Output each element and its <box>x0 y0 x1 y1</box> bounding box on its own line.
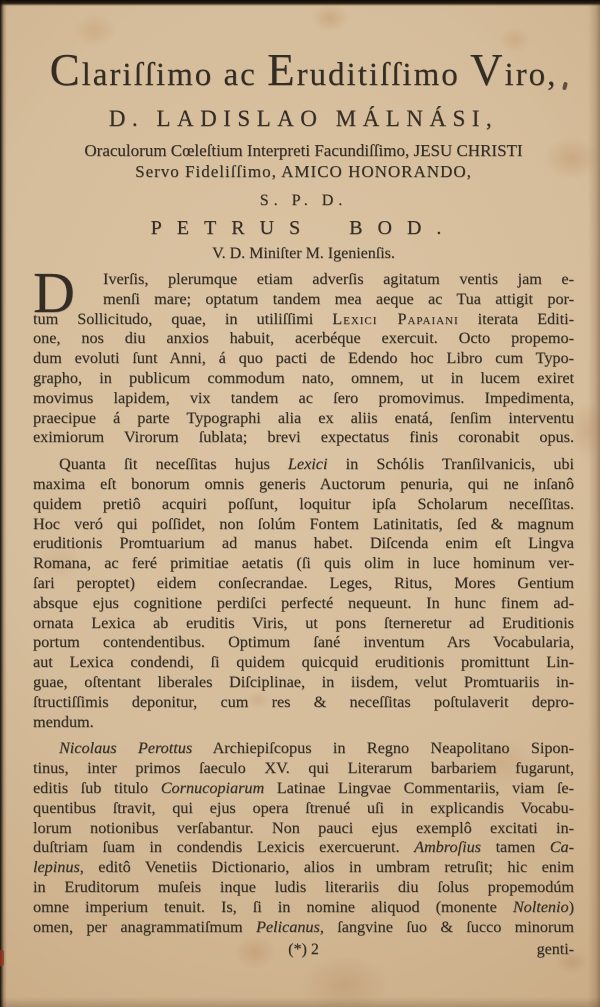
paragraph: DIverſis, plerumque etiam adverſis agita… <box>33 270 574 448</box>
text-line: movimus lapidem, vix tandem ac ſero prom… <box>33 389 574 409</box>
text-segment: Pelicanus <box>256 918 320 936</box>
dedication-line-2: Servo Fideliſſimo, AMICO HONORANDO, <box>33 161 574 182</box>
text-segment: duſtriam ſuam in condendis Lexicis exerc… <box>33 838 414 856</box>
text-segment: ornata Lexica ab eruditis Viris, ut pons… <box>33 614 574 632</box>
text-line: Iverſis, plerumque etiam adverſis agitat… <box>33 270 574 290</box>
text-segment: Cornucopiarum <box>161 779 264 797</box>
text-segment: Lexici Papaiani <box>332 310 458 328</box>
text-segment: ) <box>569 898 574 916</box>
text-line: praecipue á parte Typographi alia ex ali… <box>33 409 574 429</box>
body-text: DIverſis, plerumque etiam adverſis agita… <box>33 270 574 937</box>
text-segment: Lexici <box>288 455 328 473</box>
paragraph: Quanta ſit neceſſitas hujus Lexici in Sc… <box>33 455 574 732</box>
author-name: PETRUS BOD. <box>33 215 574 241</box>
text-segment: one, nos diu anxios habuit, acerbéque ex… <box>33 329 574 347</box>
text-segment: guae, oſtentant liberales Diſciplinae, i… <box>33 673 574 691</box>
text-line: absque ejus cognitione perdiſci perfecté… <box>33 594 574 614</box>
author-title: V. D. Miniſter M. Igenienſis. <box>33 243 574 264</box>
paragraph: Nicolaus Perottus Archiepiſcopus in Regn… <box>33 739 574 937</box>
dedication-line-1: Oraculorum Cœleſtium Interpreti Facundiſ… <box>33 140 574 161</box>
text-line: maxima eſt bonorum omnis generis Auctoru… <box>33 475 574 495</box>
text-segment: aut Lexica condendi, ſi quidem quicquid … <box>33 653 574 671</box>
text-line: omen, per anagrammatiſmum Pelicanus, ſan… <box>33 918 574 938</box>
text-line: ornata Lexica ab eruditis Viris, ut pons… <box>33 614 574 634</box>
text-segment: dum evoluti ſunt Anni, á quo pacti de Ed… <box>33 349 574 367</box>
text-segment: Noltenio <box>513 898 569 916</box>
text-line: ſtructiſſimis deponitur, cum res & neceſ… <box>33 693 574 713</box>
text-segment: ruditiſſimo <box>297 57 470 93</box>
text-segment: absque ejus cognitione perdiſci perfecté… <box>33 594 574 612</box>
text-segment: Ca- <box>550 838 574 856</box>
text-segment: iterata Editi- <box>459 310 574 328</box>
text-segment: Ambroſius <box>414 838 481 856</box>
book-page-scan: Clariſſimo ac Eruditiſſimo Viro, D. LADI… <box>0 0 600 1007</box>
drop-cap: D <box>33 270 103 310</box>
text-segment: portum contendentibus. Optimum ſané inve… <box>33 633 574 651</box>
text-segment: , editô Venetiis Dictionario, alios in u… <box>80 858 574 876</box>
text-line: quentibus ſtravit, qui ejus opera ſtrenu… <box>33 799 574 819</box>
text-line: lorum notionibus verſabantur. Non pauci … <box>33 819 574 839</box>
text-segment: editis ſub titulo <box>33 779 161 797</box>
catchword: genti- <box>319 940 574 960</box>
text-line: omne imperium tenuit. Is, ſi in nomine a… <box>33 898 574 918</box>
text-line: Hoc veró qui poſſidet, non ſolúm Fontem … <box>33 515 574 535</box>
page-edge-right <box>588 0 600 1007</box>
text-line: lepinus, editô Venetiis Dictionario, ali… <box>33 858 574 878</box>
text-line: aut Lexica condendi, ſi quidem quicquid … <box>33 653 574 673</box>
dedicatee-name: D. LADISLAO MÁLNÁSI, <box>33 104 574 134</box>
text-line: portum contendentibus. Optimum ſané inve… <box>33 633 574 653</box>
text-segment: Hoc veró qui poſſidet, non ſolúm Fontem … <box>33 515 574 533</box>
text-line: mendum. <box>33 713 574 733</box>
text-segment: eruditionis Promtuarium ad manus habet. … <box>33 534 574 552</box>
salutation: S. P. D. <box>33 190 574 212</box>
text-line: ſari peroptet) eidem conſecrandae. Leges… <box>33 574 574 594</box>
text-line: tum Sollicitudo, quae, in utiliſſimi Lex… <box>33 310 574 330</box>
text-segment: omen, per anagrammatiſmum <box>33 918 256 936</box>
text-segment: Quanta ſit neceſſitas hujus <box>59 455 288 473</box>
text-segment: V <box>470 45 505 95</box>
page-edge-left <box>0 0 7 1007</box>
text-line: eruditionis Promtuarium ad manus habet. … <box>33 534 574 554</box>
text-segment: lorum notionibus verſabantur. Non pauci … <box>33 819 574 837</box>
text-line: dum evoluti ſunt Anni, á quo pacti de Ed… <box>33 349 574 369</box>
text-segment: C <box>50 45 82 95</box>
text-line: quidem pretiô acquiri poſſunt, loquitur … <box>33 495 574 515</box>
text-segment: Nicolaus Perottus <box>59 739 192 757</box>
page-footer: (*) 2 genti- <box>33 940 574 960</box>
text-line: guae, oſtentant liberales Diſciplinae, i… <box>33 673 574 693</box>
text-segment: Romana, ac feré primitiae aetatis (ſi qu… <box>33 554 574 572</box>
text-line: Romana, ac feré primitiae aetatis (ſi qu… <box>33 554 574 574</box>
text-segment: ſtructiſſimis deponitur, cum res & neceſ… <box>33 693 574 711</box>
page-content: Clariſſimo ac Eruditiſſimo Viro, D. LADI… <box>33 0 574 960</box>
page-title: Clariſſimo ac Eruditiſſimo Viro, <box>33 46 574 99</box>
text-segment: in Eruditorum muſeis inque ludis literar… <box>33 878 574 896</box>
text-line: tinus, inter primos ſaeculo XV. qui Lite… <box>33 759 574 779</box>
text-segment: Archiepiſcopus in Regno Neapolitano Sipo… <box>192 739 574 757</box>
text-segment: praecipue á parte Typographi alia ex ali… <box>33 409 574 427</box>
text-line: duſtriam ſuam in condendis Lexicis exerc… <box>33 838 574 858</box>
text-line: one, nos diu anxios habuit, acerbéque ex… <box>33 329 574 349</box>
text-segment: , ſangvine ſuo & ſucco minorum <box>320 918 574 936</box>
text-segment: mendum. <box>33 713 94 731</box>
text-segment: Iverſis, plerumque etiam adverſis agitat… <box>103 270 574 288</box>
text-line: eximiorum Virorum ſublata; brevi expecta… <box>33 428 574 448</box>
text-segment: in Schólis Tranſilvanicis, ubi <box>327 455 574 473</box>
text-segment: menſi mare; optatum tandem mea aeque ac … <box>103 290 574 308</box>
text-segment: ſari peroptet) eidem conſecrandae. Leges… <box>33 574 574 592</box>
page-edge-bottom <box>0 997 600 1007</box>
text-segment: E <box>267 45 297 95</box>
text-segment: maxima eſt bonorum omnis generis Auctoru… <box>33 475 574 493</box>
text-segment: lepinus <box>33 858 80 876</box>
text-line: grapho, in publicum commodum nato, omnem… <box>33 369 574 389</box>
text-segment: omne imperium tenuit. Is, ſi in nomine a… <box>33 898 513 916</box>
signature-mark: (*) 2 <box>288 940 319 960</box>
text-line: editis ſub titulo Cornucopiarum Latinae … <box>33 779 574 799</box>
text-line: menſi mare; optatum tandem mea aeque ac … <box>33 290 574 310</box>
text-line: Quanta ſit neceſſitas hujus Lexici in Sc… <box>33 455 574 475</box>
text-segment: iro, <box>504 57 557 93</box>
text-line: in Eruditorum muſeis inque ludis literar… <box>33 878 574 898</box>
text-segment: lariſſimo ac <box>82 57 267 93</box>
footer-spacer <box>33 940 288 960</box>
margin-mark <box>0 950 4 966</box>
text-line: Nicolaus Perottus Archiepiſcopus in Regn… <box>33 739 574 759</box>
text-segment: movimus lapidem, vix tandem ac ſero prom… <box>33 389 574 407</box>
text-segment: Latinae Lingvae Commentariis, viam ſe- <box>264 779 574 797</box>
text-segment: grapho, in publicum commodum nato, omnem… <box>33 369 574 387</box>
text-segment: eximiorum Virorum ſublata; brevi expecta… <box>33 428 574 446</box>
text-segment: tum Sollicitudo, quae, in utiliſſimi <box>33 310 332 328</box>
text-segment: quidem pretiô acquiri poſſunt, loquitur … <box>33 495 574 513</box>
text-segment: tinus, inter primos ſaeculo XV. qui Lite… <box>33 759 574 777</box>
text-segment: quentibus ſtravit, qui ejus opera ſtrenu… <box>33 799 574 817</box>
text-segment: tamen <box>481 838 550 856</box>
